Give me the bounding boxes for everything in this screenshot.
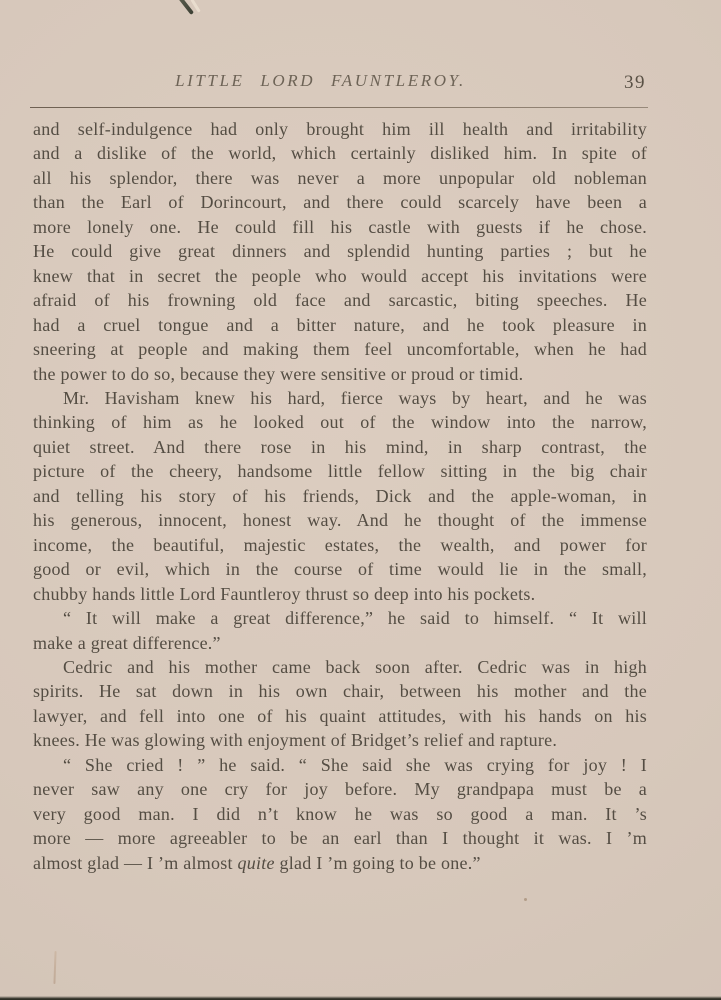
book-page: LITTLE LORD FAUNTLEROY. 39 and self-indu…: [0, 0, 721, 1000]
text-line: more lonely one. He could fill his castl…: [33, 215, 647, 239]
paragraph: “ It will make a great difference,” he s…: [33, 606, 647, 655]
text-line: “ It will make a great difference,” he s…: [33, 606, 647, 630]
page-body: and self-indulgence had only brought him…: [33, 117, 647, 875]
text-line: He could give great dinners and splendid…: [33, 239, 647, 263]
text-line: than the Earl of Dorincourt, and there c…: [33, 190, 647, 214]
text-line: more — more agreeabler to be an earl tha…: [33, 826, 647, 850]
text-line: picture of the cheery, handsome little f…: [33, 459, 647, 483]
paper-speck: [524, 898, 527, 901]
text-line: chubby hands little Lord Fauntleroy thru…: [33, 582, 647, 606]
text-line: quiet street. And there rose in his mind…: [33, 435, 647, 459]
text-line: income, the beautiful, majestic estates,…: [33, 533, 647, 557]
text-line: the power to do so, because they were se…: [33, 362, 647, 386]
text-line: make a great difference.”: [33, 631, 647, 655]
text-line: had a cruel tongue and a bitter nature, …: [33, 313, 647, 337]
text-line: Cedric and his mother came back soon aft…: [33, 655, 647, 679]
text-line: “ She cried ! ” he said. “ She said she …: [33, 753, 647, 777]
text-line: and a dislike of the world, which certai…: [33, 141, 647, 165]
header-rule-divider: [30, 107, 648, 108]
text-line: afraid of his frowning old face and sarc…: [33, 288, 647, 312]
text-segment: almost glad — I ’m almost: [33, 853, 237, 873]
page-number: 39: [624, 72, 646, 94]
text-line: all his splendor, there was never a more…: [33, 166, 647, 190]
paragraph: “ She cried ! ” he said. “ She said she …: [33, 753, 647, 875]
text-line: knees. He was glowing with enjoyment of …: [33, 728, 647, 752]
page-bottom-edge: [0, 996, 721, 1000]
text-line: and self-indulgence had only brought him…: [33, 117, 647, 141]
text-line: his generous, innocent, honest way. And …: [33, 508, 647, 532]
text-line: knew that in secret the people who would…: [33, 264, 647, 288]
scratch-mark: [53, 951, 56, 984]
text-line: good or evil, which in the course of tim…: [33, 557, 647, 581]
paragraph: Mr. Havisham knew his hard, fierce ways …: [33, 386, 647, 606]
text-line: lawyer, and fell into one of his quaint …: [33, 704, 647, 728]
paragraph: Cedric and his mother came back soon aft…: [33, 655, 647, 753]
page-title: LITTLE LORD FAUNTLEROY.: [33, 71, 608, 91]
emphasized-word: quite: [237, 853, 274, 873]
text-line: almost glad — I ’m almost quite glad I ’…: [33, 851, 647, 875]
text-segment: glad I ’m going to be one.”: [275, 853, 481, 873]
text-line: Mr. Havisham knew his hard, fierce ways …: [33, 386, 647, 410]
text-line: sneering at people and making them feel …: [33, 337, 647, 361]
text-line: very good man. I did n’t know he was so …: [33, 802, 647, 826]
text-line: spirits. He sat down in his own chair, b…: [33, 679, 647, 703]
paragraph: and self-indulgence had only brought him…: [33, 117, 647, 386]
text-line: and telling his story of his friends, Di…: [33, 484, 647, 508]
text-line: never saw any one cry for joy before. My…: [33, 777, 647, 801]
running-header: LITTLE LORD FAUNTLEROY. 39: [33, 71, 648, 97]
text-line: thinking of him as he looked out of the …: [33, 410, 647, 434]
